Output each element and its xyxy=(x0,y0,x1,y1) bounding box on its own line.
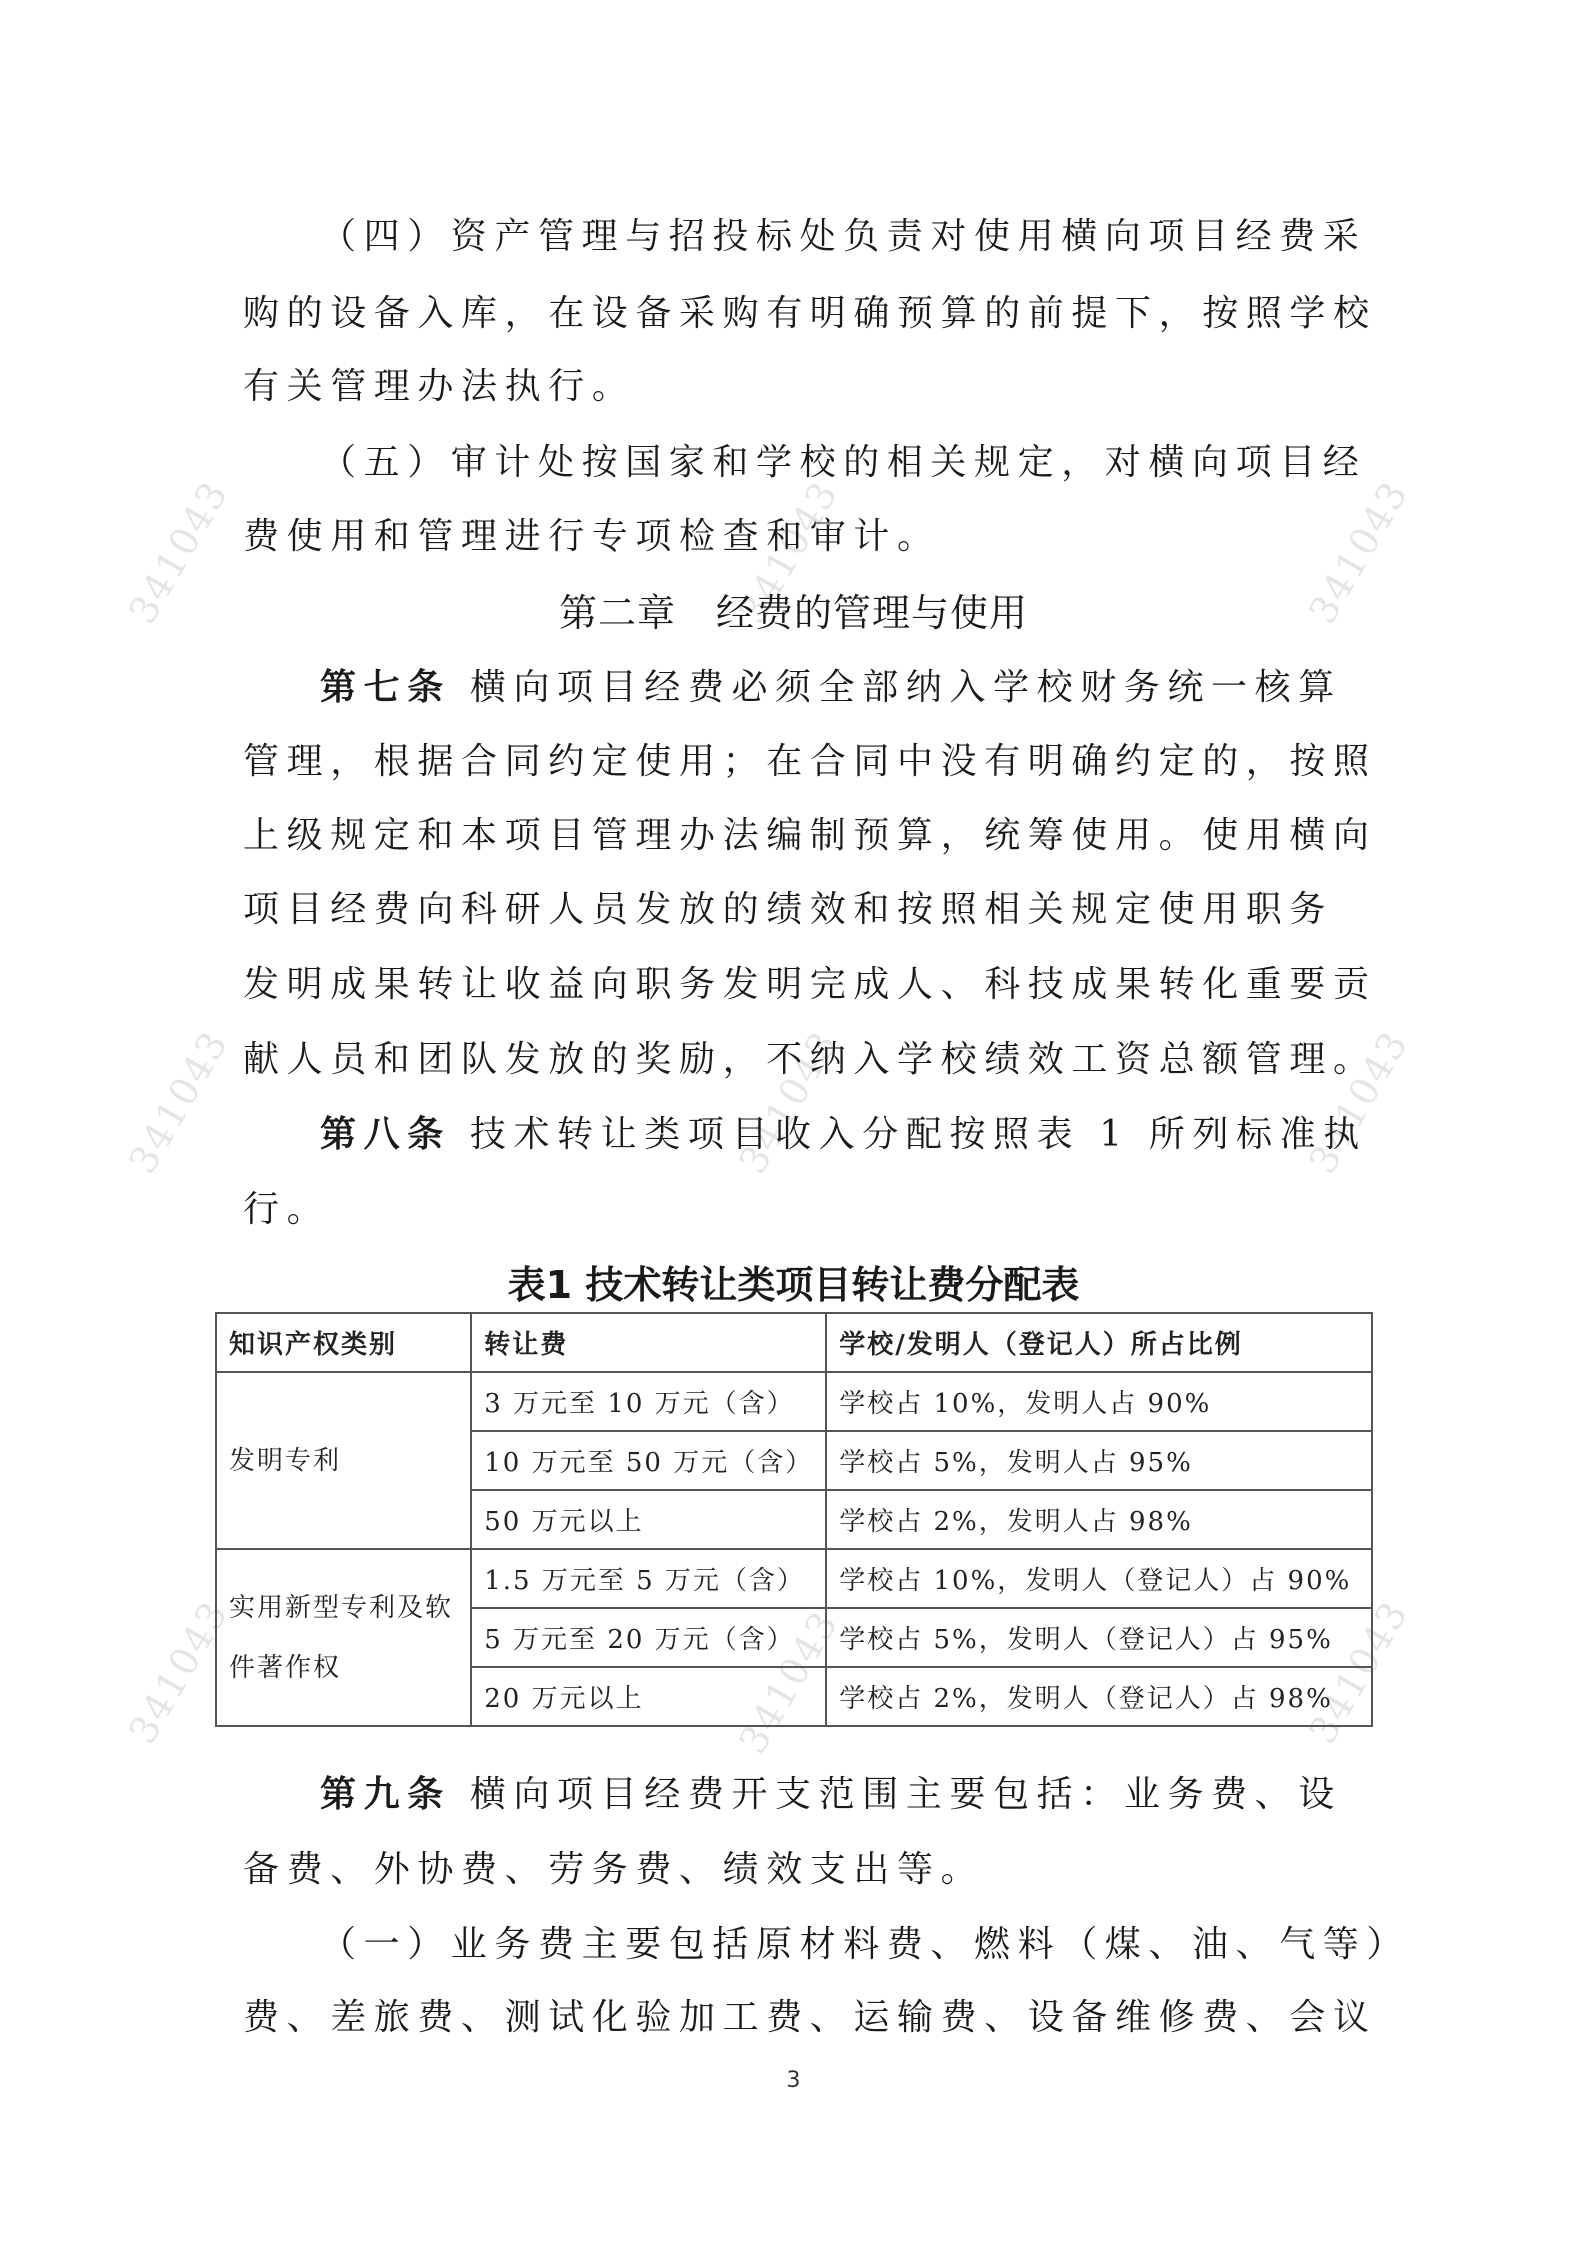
article-9-first-line: 第九条 横向项目经费开支范围主要包括：业务费、设 xyxy=(320,1773,1355,1817)
article-7-line: 项目经费向科研人员发放的绩效和按照相关规定使用职务 xyxy=(243,888,1355,932)
header-ratio: 学校/发明人（登记人）所占比例 xyxy=(826,1313,1372,1372)
article-9-line: 备费、外协费、劳务费、绩效支出等。 xyxy=(243,1848,1355,1892)
table-header-row: 知识产权类别 转让费 学校/发明人（登记人）所占比例 xyxy=(216,1313,1372,1372)
fee-cell: 20 万元以上 xyxy=(471,1667,826,1726)
article-7-first-line: 第七条 横向项目经费必须全部纳入学校财务统一核算 xyxy=(320,666,1355,710)
fee-cell: 50 万元以上 xyxy=(471,1490,826,1549)
article-7-text: 横向项目经费必须全部纳入学校财务统一核算 xyxy=(470,667,1342,708)
chapter-title: 经费的管理与使用 xyxy=(716,591,1028,635)
paragraph-4-line: 有关管理办法执行。 xyxy=(243,365,1355,409)
article-7-line: 献人员和团队发放的奖励，不纳入学校绩效工资总额管理。 xyxy=(243,1038,1355,1082)
category-cell: 发明专利 xyxy=(216,1372,471,1549)
paragraph-4-line: 购的设备入库，在设备采购有明确预算的前提下，按照学校 xyxy=(243,292,1355,336)
category-cell: 实用新型专利及软件著作权 xyxy=(216,1549,471,1726)
article-9-item-1-line: 费、差旅费、测试化验加工费、运输费、设备维修费、会议 xyxy=(243,1996,1355,2040)
header-ip-category: 知识产权类别 xyxy=(216,1313,471,1372)
article-8-text: 技术转让类项目收入分配按照表 1 所列标准执 xyxy=(470,1114,1367,1155)
watermark: 341043 xyxy=(120,1023,237,1181)
ratio-cell: 学校占 2%，发明人占 98% xyxy=(826,1490,1372,1549)
ratio-cell: 学校占 5%，发明人（登记人）占 95% xyxy=(826,1608,1372,1667)
ratio-cell: 学校占 10%，发明人占 90% xyxy=(826,1372,1372,1431)
paragraph-5-line: （五）审计处按国家和学校的相关规定，对横向项目经 xyxy=(320,441,1355,485)
transfer-fee-allocation-table: 知识产权类别 转让费 学校/发明人（登记人）所占比例 发明专利 3 万元至 10… xyxy=(215,1312,1373,1727)
article-7-line: 管理，根据合同约定使用；在合同中没有明确约定的，按照 xyxy=(243,740,1355,784)
table-title: 表1 技术转让类项目转让费分配表 xyxy=(0,1262,1587,1308)
article-7-line: 上级规定和本项目管理办法编制预算，统筹使用。使用横向 xyxy=(243,814,1355,858)
article-8-label: 第八条 xyxy=(320,1114,451,1155)
page-number: 3 xyxy=(0,2068,1587,2093)
fee-cell: 10 万元至 50 万元（含） xyxy=(471,1431,826,1490)
paragraph-4-line: （四）资产管理与招投标处负责对使用横向项目经费采 xyxy=(320,215,1355,259)
fee-cell: 5 万元至 20 万元（含） xyxy=(471,1608,826,1667)
chapter-heading: 第二章经费的管理与使用 xyxy=(0,590,1587,636)
article-8-first-line: 第八条 技术转让类项目收入分配按照表 1 所列标准执 xyxy=(320,1113,1355,1157)
article-8-line: 行。 xyxy=(243,1188,1355,1232)
article-9-text: 横向项目经费开支范围主要包括：业务费、设 xyxy=(470,1774,1342,1815)
article-7-label: 第七条 xyxy=(320,667,451,708)
ratio-cell: 学校占 2%，发明人（登记人）占 98% xyxy=(826,1667,1372,1726)
fee-cell: 3 万元至 10 万元（含） xyxy=(471,1372,826,1431)
fee-cell: 1.5 万元至 5 万元（含） xyxy=(471,1549,826,1608)
article-9-item-1-line: （一）业务费主要包括原材料费、燃料（煤、油、气等） xyxy=(320,1923,1355,1967)
article-7-line: 发明成果转让收益向职务发明完成人、科技成果转化重要贡 xyxy=(243,963,1355,1007)
article-9-label: 第九条 xyxy=(320,1774,451,1815)
chapter-number: 第二章 xyxy=(559,591,676,635)
table-row: 发明专利 3 万元至 10 万元（含） 学校占 10%，发明人占 90% xyxy=(216,1372,1372,1431)
ratio-cell: 学校占 5%，发明人占 95% xyxy=(826,1431,1372,1490)
header-transfer-fee: 转让费 xyxy=(471,1313,826,1372)
document-page: 341043 341043 341043 341043 341043 34104… xyxy=(0,0,1587,2245)
paragraph-5-line: 费使用和管理进行专项检查和审计。 xyxy=(243,515,1355,559)
ratio-cell: 学校占 10%，发明人（登记人）占 90% xyxy=(826,1549,1372,1608)
table-row: 实用新型专利及软件著作权 1.5 万元至 5 万元（含） 学校占 10%，发明人… xyxy=(216,1549,1372,1608)
